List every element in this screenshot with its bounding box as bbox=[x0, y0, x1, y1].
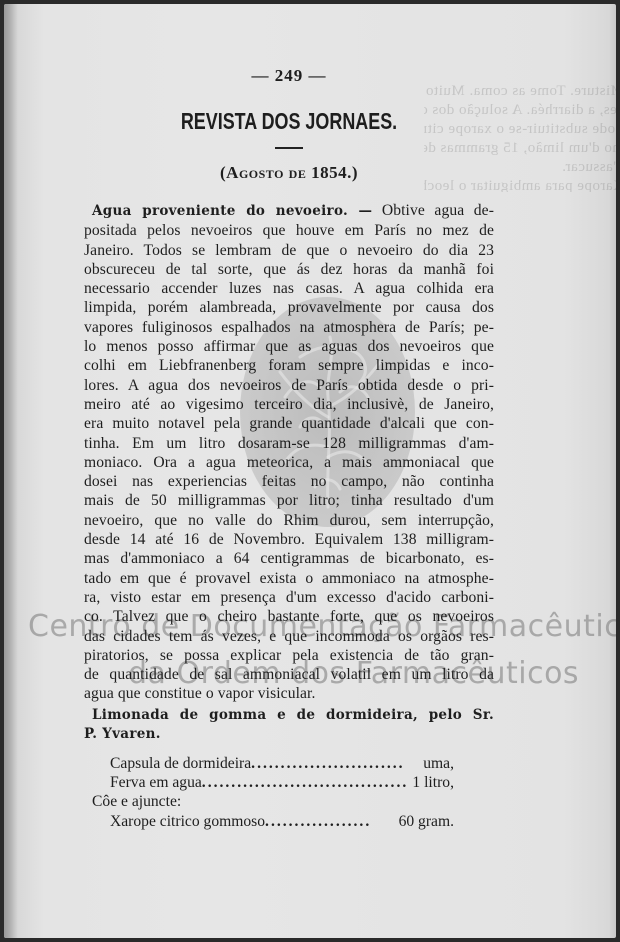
article-body: Agua proveniente do nevoeiro. — Obtive a… bbox=[84, 201, 494, 704]
recipe-list: Capsula de dormideira ..................… bbox=[84, 754, 494, 831]
article-line: colhi em Liebfranenberg foram sempre lim… bbox=[84, 356, 494, 375]
article-line: Janeiro. Todos se lembram de que o nevoe… bbox=[84, 241, 494, 260]
article-line: nevoeiro, que no valle do Rhim durou, se… bbox=[84, 511, 494, 530]
binding-shadow bbox=[4, 4, 18, 938]
article-line: meiro até ao vigesimo terceiro dia, incl… bbox=[84, 395, 494, 414]
page-number: — 249 — bbox=[84, 66, 494, 86]
article-line: tado em que é provavel exista o ammoniac… bbox=[84, 569, 494, 588]
article-line: mais de 50 milligrammas por litro; tinha… bbox=[84, 491, 494, 510]
article-line: mas d'ammoniaco a 64 centigrammas de bic… bbox=[84, 549, 494, 568]
article-line: Agua proveniente do nevoeiro. — Obtive a… bbox=[84, 201, 494, 221]
leader-dots: .......................... bbox=[251, 754, 417, 773]
recipe-item: Ferva em agua ..........................… bbox=[84, 773, 454, 792]
article-line: limpida, porém alambreada, provavelmente… bbox=[84, 298, 494, 317]
article-line: tinha. Em um litro dosaram-se 128 millig… bbox=[84, 434, 494, 453]
article-line: era muito notavel pela grande quantidade… bbox=[84, 414, 494, 433]
recipe-heading-line: Limonada de gomma e de dormideira, pelo … bbox=[84, 706, 494, 725]
article-line: lo menos posso affirmar que as aguas dos… bbox=[84, 337, 494, 356]
leader-dots: .................. bbox=[265, 812, 393, 831]
article-line: necessario accender luzes nas casas. A a… bbox=[84, 279, 494, 298]
recipe-heading: Limonada de gomma e de dormideira, pelo … bbox=[84, 706, 494, 744]
article-line: lores. A agua dos nevoeiros de París obt… bbox=[84, 376, 494, 395]
recipe-item: Xarope citrico gommoso .................… bbox=[84, 812, 454, 831]
article-line: co. Talvez que o cheiro bastante forte, … bbox=[84, 607, 494, 626]
ingredient-name: Ferva em agua bbox=[110, 773, 202, 792]
recipe-item: Capsula de dormideira ..................… bbox=[84, 754, 454, 773]
ingredient-quantity: uma, bbox=[417, 754, 454, 773]
ingredient-quantity: 60 gram. bbox=[393, 812, 454, 831]
leader-dots: ...................................... bbox=[202, 773, 407, 792]
article-line: desde 14 até 16 de Novembro. Equivalem 1… bbox=[84, 530, 494, 549]
ingredient-quantity: 1 litro, bbox=[406, 773, 454, 792]
article-line: agua que constitue o vapor visicular. bbox=[84, 684, 494, 703]
recipe-heading-line: P. Yvaren. bbox=[84, 725, 494, 744]
article-line: dosei nas experiencias feitas no campo, … bbox=[84, 472, 494, 491]
recipe-instruction: Côe e ajuncte: bbox=[84, 792, 494, 811]
page-content: — 249 — REVISTA DOS JORNAES. (Agosto de … bbox=[84, 66, 494, 831]
ingredient-name: Xarope citrico gommoso bbox=[110, 812, 265, 831]
issue-date: (Agosto de 1854.) bbox=[84, 163, 494, 183]
ingredient-name: Capsula de dormideira bbox=[110, 754, 251, 773]
article-line: ra, visto estar em presença d'um excesso… bbox=[84, 588, 494, 607]
article-line: piratorios, se possa explicar pela exist… bbox=[84, 646, 494, 665]
title-divider bbox=[275, 147, 303, 149]
article-rubric: Agua proveniente do nevoeiro. — bbox=[92, 203, 372, 219]
article-line: vapores fuliginosos espalhados na atmosp… bbox=[84, 318, 494, 337]
scanned-page: Misture. Tome as coma. Muito efficaz con… bbox=[4, 4, 616, 938]
page-title: REVISTA DOS JORNAES. bbox=[129, 108, 449, 135]
article-line: das cidades tem ás vezes, e que incommod… bbox=[84, 627, 494, 646]
article-text: Obtive agua de- bbox=[372, 202, 494, 219]
article-line: moniaco. Ora a agua meteorica, a mais am… bbox=[84, 453, 494, 472]
article-line: obscureceu de tal sorte, que ás dez hora… bbox=[84, 260, 494, 279]
article-line: positada pelos nevoeiros que houve em Pa… bbox=[84, 221, 494, 240]
article-line: de quantidade de sal ammoniacal volatil … bbox=[84, 665, 494, 684]
